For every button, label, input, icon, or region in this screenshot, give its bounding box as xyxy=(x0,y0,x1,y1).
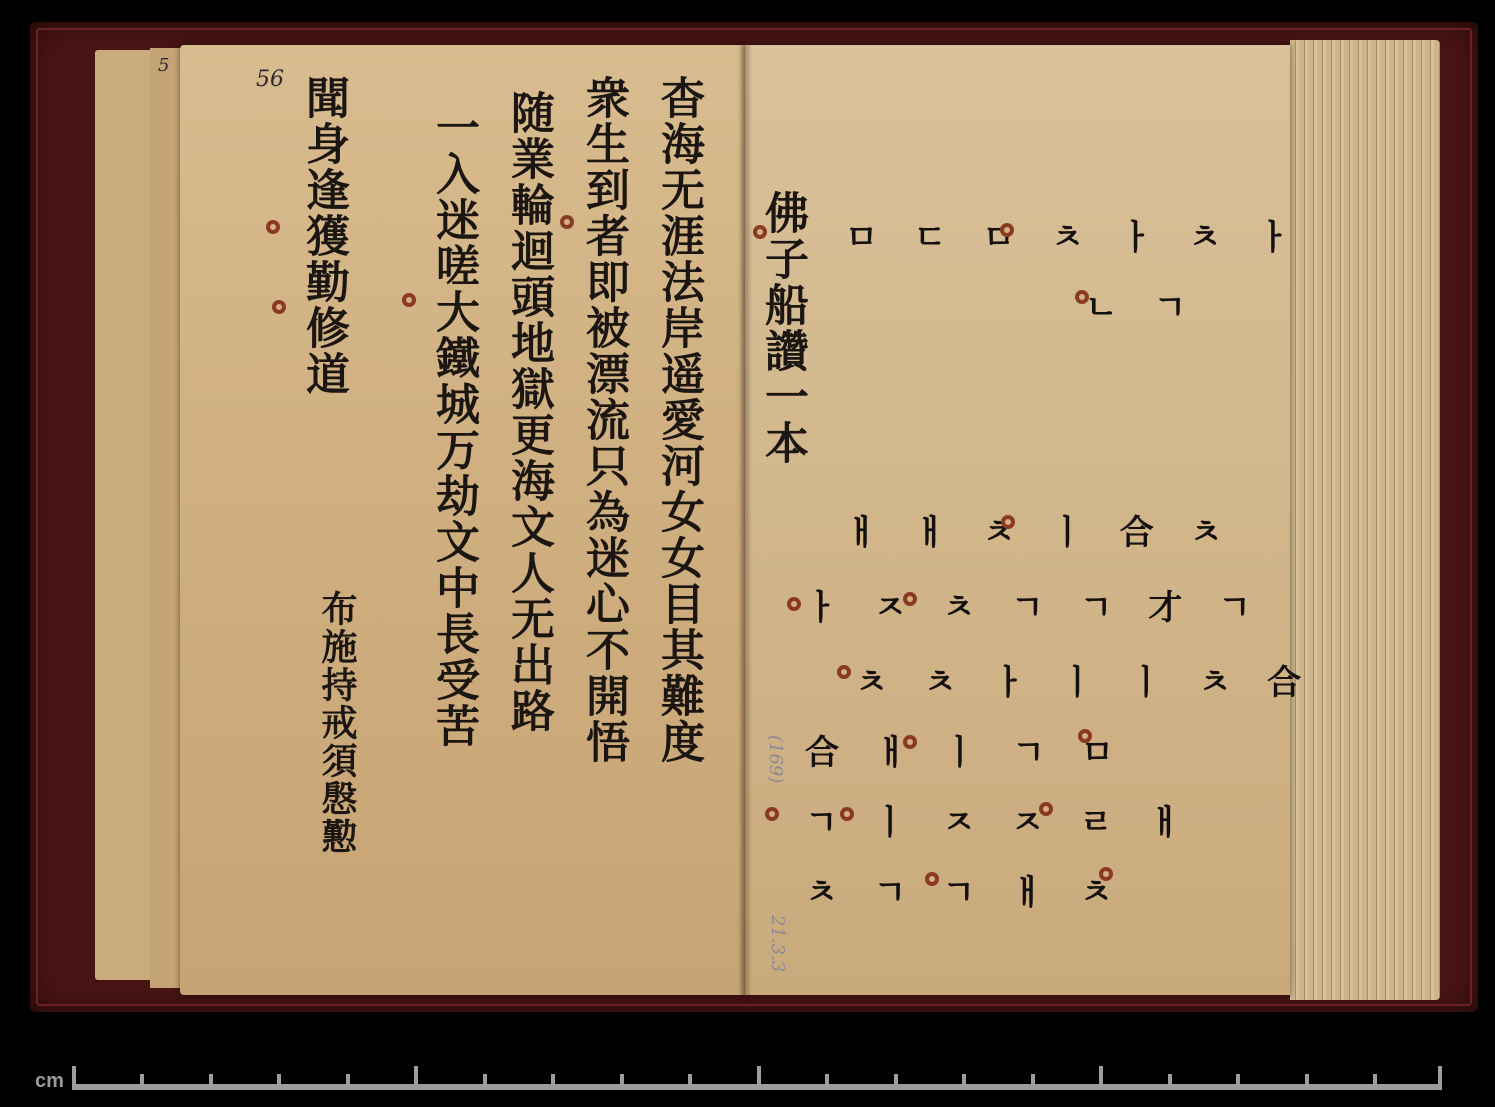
text-column-4: 一入迷嗟大鐵城万劫文中長受苦 xyxy=(431,105,475,749)
red-circle-mark xyxy=(1075,290,1089,304)
notation-line-1: ㅁ ㄷ ㅁ ㅊ ㅏ ㅊ ㅏ xyxy=(845,210,1302,259)
red-circle-mark xyxy=(787,597,801,611)
scale-major-tick xyxy=(1099,1066,1103,1090)
scale-minor-tick xyxy=(688,1074,692,1090)
notation-line-7: ㄱ ㅣ ㅈ ㅈ ㄹ ㅐ xyxy=(805,795,1193,844)
scale-major-tick xyxy=(1438,1066,1442,1090)
red-circle-mark xyxy=(272,300,286,314)
scale-minor-tick xyxy=(483,1074,487,1090)
pencil-mark: (169) xyxy=(765,735,786,783)
red-circle-mark xyxy=(402,293,416,307)
scale-minor-tick xyxy=(277,1074,281,1090)
red-circle-mark xyxy=(1039,802,1053,816)
pencil-mark: 21.3.3 xyxy=(767,915,788,972)
scale-major-tick xyxy=(414,1066,418,1090)
text-column-2: 衆生到者即被漂流只為迷心不開悟 xyxy=(581,75,625,765)
fore-edge-pages xyxy=(1290,40,1440,1000)
red-circle-mark xyxy=(903,592,917,606)
red-circle-mark xyxy=(1000,223,1014,237)
red-circle-mark xyxy=(753,225,767,239)
scale-minor-tick xyxy=(551,1074,555,1090)
scale-minor-tick xyxy=(1305,1074,1309,1090)
gutter-shadow xyxy=(738,45,752,995)
scale-minor-tick xyxy=(1168,1074,1172,1090)
scale-minor-tick xyxy=(1236,1074,1240,1090)
scale-minor-tick xyxy=(962,1074,966,1090)
red-circle-mark xyxy=(266,220,280,234)
scale-minor-tick xyxy=(346,1074,350,1090)
red-circle-mark xyxy=(925,872,939,886)
red-circle-mark xyxy=(1001,515,1015,529)
left-page: 56 杳海无涯法岸遥愛河女女目其難度 衆生到者即被漂流只為迷心不開悟 随業輪迴頭… xyxy=(180,45,745,995)
notation-line-8: ㅊ ㄱ ㄱ ㅐ ㅊ xyxy=(805,865,1125,914)
notation-line-2: ㄴ ㄱ xyxy=(1085,280,1199,329)
scale-minor-tick xyxy=(825,1074,829,1090)
centimeter-scale-bar xyxy=(72,1060,1442,1090)
text-column-1: 杳海无涯法岸遥愛河女女目其難度 xyxy=(656,75,700,765)
scale-major-tick xyxy=(757,1066,761,1090)
scale-minor-tick xyxy=(894,1074,898,1090)
text-column-3: 随業輪迴頭地獄更海文人无出路 xyxy=(506,90,550,734)
scale-major-tick xyxy=(72,1066,76,1090)
previous-page-number: 5 xyxy=(158,55,169,76)
red-circle-mark xyxy=(903,735,917,749)
scale-minor-tick xyxy=(620,1074,624,1090)
red-circle-mark xyxy=(765,807,779,821)
page-number: 56 xyxy=(256,67,284,92)
red-circle-mark xyxy=(1099,867,1113,881)
red-circle-mark xyxy=(837,665,851,679)
text-column-5: 聞身逢獲勤修道 xyxy=(301,75,345,397)
scale-unit-label: cm xyxy=(35,1070,64,1093)
red-circle-mark xyxy=(560,215,574,229)
scale-minor-tick xyxy=(209,1074,213,1090)
red-circle-mark xyxy=(1078,729,1092,743)
scale-minor-tick xyxy=(1031,1074,1035,1090)
notation-line-4: ㅏ ㅈ ㅊ ㄱ ㄱ 才 ㄱ xyxy=(805,580,1263,629)
notation-line-5: ㅊ ㅊ ㅏ ㅣ ㅣ ㅊ 合 xyxy=(855,655,1313,704)
text-column-6: 布施持戒須慇懃 xyxy=(319,590,355,856)
notation-line-3: ㅐ ㅐ ㅊ ㅣ 合 ㅊ xyxy=(845,505,1234,554)
scale-minor-tick xyxy=(140,1074,144,1090)
red-circle-mark xyxy=(840,807,854,821)
right-page: 佛子船讚一本 ㅁ ㄷ ㅁ ㅊ ㅏ ㅊ ㅏ ㄴ ㄱ ㅐ ㅐ ㅊ ㅣ 合 ㅊ ㅏ ㅈ… xyxy=(745,45,1290,995)
scale-minor-tick xyxy=(1373,1074,1377,1090)
